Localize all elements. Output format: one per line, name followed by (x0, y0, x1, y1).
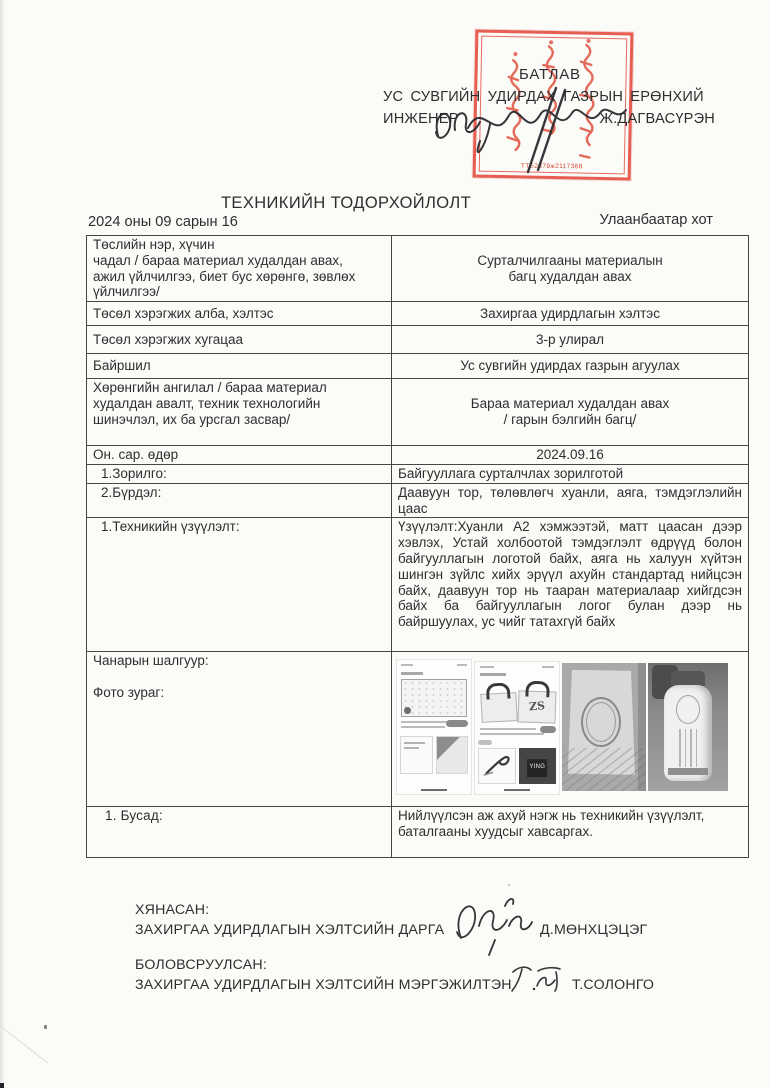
quality-criteria-label: Чанарын шалгуур: (93, 653, 385, 669)
screenshot-searchbar (401, 672, 423, 675)
date-label: Он. сар. өдөр (87, 446, 392, 465)
price-pill (478, 740, 492, 745)
related-listing-cards: YING (478, 748, 556, 784)
technical-specs-label: 1.Техникийн үзүүлэлт: (87, 518, 392, 652)
reviewed-name: Д.МӨНХЦЭЦЭГ (540, 922, 647, 938)
table-row-other: 1. Бусад: Нийлүүлсэн аж ахуй нэгж нь тех… (87, 807, 749, 858)
technical-specs-value: Үзүүлэлт:Хуанли А2 хэмжээтэй, матт цааса… (392, 518, 749, 652)
screenshot-statusbar (542, 666, 554, 668)
purpose-value: Байгууллага сурталчлах зорилготой (392, 464, 749, 483)
chief-engineer-signature-icon (428, 84, 642, 176)
prepared-label: БОЛОВСРУУЛСАН: (135, 957, 267, 973)
project-name-label: Төслийн нэр, хүчин чадал / бараа материа… (87, 236, 392, 302)
reviewer-signature-icon (447, 892, 535, 958)
prepared-name: Т.СОЛОНГО (572, 977, 654, 993)
table-row-composition: 2.Бүрдэл: Даавуун тор, төлөвлөгч хуанли,… (87, 483, 749, 518)
photo-marketplace-calendar-screenshot (396, 659, 472, 795)
screenshot-statusbar (480, 666, 494, 668)
reviewed-role: ЗАХИРГАА УДИРДЛАГЫН ХЭЛТСИЙН ДАРГА (135, 922, 444, 938)
tote-bag (480, 692, 517, 723)
listing-caption-line (401, 726, 445, 728)
screenshot-statusbar (401, 664, 413, 666)
date-value: 2024.09.16 (392, 446, 749, 465)
table-row-location: Байршил Ус сувгийн удирдах газрын агуула… (87, 354, 749, 379)
document-title: ТЕХНИКИЙН ТОДОРХОЙЛОЛТ (86, 194, 606, 213)
tote-bag: ZS (517, 691, 556, 724)
listing-caption-line (480, 728, 536, 730)
home-indicator (421, 789, 447, 791)
photo-label: Фото зураг: (93, 685, 385, 701)
photo-strip: ZS (392, 652, 748, 806)
bottle-body (664, 685, 712, 781)
bottle-oval-logo (676, 695, 700, 724)
document-date: 2024 оны 09 сарын 16 (88, 214, 238, 230)
scanned-document-page: ТТБ2379ж2117368 БАТЛАВ УС СУВГИЙН УДИРДА… (0, 0, 770, 1088)
table-row-period: Төсөл хэрэгжих хугацаа 3-р улирал (87, 326, 749, 354)
bag-oval-logo (581, 697, 621, 747)
composition-value: Даавуун тор, төлөвлөгч хуанли, аяга, тэм… (392, 483, 749, 518)
photo-thermos-bottle (648, 663, 728, 791)
table-row-date: Он. сар. өдөр 2024.09.16 (87, 446, 749, 465)
screenshot-statusbar (457, 664, 467, 666)
spec-table: Төслийн нэр, хүчин чадал / бараа материа… (86, 235, 749, 858)
home-indicator (504, 789, 530, 791)
photo-shadow (638, 663, 646, 791)
preparer-signature-icon (507, 962, 563, 996)
bottle-base-band (668, 768, 708, 775)
reviewed-label: ХЯНАСАН: (135, 902, 209, 918)
scan-speck (508, 884, 510, 886)
bag-handle (486, 683, 511, 700)
related-listing-cards (400, 736, 468, 774)
photo-marketplace-totebag-screenshot: ZS (474, 661, 560, 795)
bag-brand-label: YING (527, 759, 547, 777)
bag-handle (525, 681, 550, 698)
table-row-project-name: Төслийн нэр, хүчин чадал / бараа материа… (87, 236, 749, 302)
listing-caption-line (480, 733, 544, 735)
location-label: Байршил (87, 354, 392, 379)
quality-photo-label-cell: Чанарын шалгуур: Фото зураг: (87, 652, 392, 807)
asset-category-value: Бараа материал худалдан авах / гарын бэл… (392, 379, 749, 446)
asset-category-label: Хөрөнгийн ангилал / бараа материал худал… (87, 379, 392, 446)
table-row-quality-photo: Чанарын шалгуур: Фото зураг: (87, 652, 749, 807)
listing-card-strap (478, 748, 516, 784)
purpose-label: 1.Зорилго: (87, 464, 392, 483)
bottle-text-lines (679, 729, 697, 767)
bottle-cap (671, 671, 705, 686)
table-row-purpose: 1.Зорилго: Байгууллага сурталчлах зорилг… (87, 464, 749, 483)
period-label: Төсөл хэрэгжих хугацаа (87, 326, 392, 354)
calendar-logo-dot (404, 707, 411, 714)
document-city: Улаанбаатар хот (600, 212, 713, 228)
calendar-listing-image (401, 679, 467, 717)
photo-cell: ZS (392, 652, 749, 807)
table-row-asset-category: Хөрөнгийн ангилал / бараа материал худал… (87, 379, 749, 446)
corner-ink-mark (0, 1083, 4, 1088)
scan-speck (44, 1025, 47, 1029)
listing-card (400, 736, 433, 774)
crumpled-paper-texture (562, 748, 646, 792)
period-value: 3-р улирал (392, 326, 749, 354)
other-label: 1. Бусад: (87, 807, 392, 858)
bag-logo-mark: ZS (528, 699, 545, 716)
department-value: Захиргаа удирдлагын хэлтэс (392, 302, 749, 326)
location-value: Ус сувгийн удирдах газрын агуулах (392, 354, 749, 379)
tote-bags-image: ZS (478, 679, 556, 723)
table-row-department: Төсөл хэрэгжих алба, хэлтэс Захиргаа уди… (87, 302, 749, 326)
prepared-role: ЗАХИРГАА УДИРДЛАГЫН ХЭЛТСИЙН МЭРГЭЖИЛТЭН (135, 977, 512, 993)
approval-label: БАТЛАВ (519, 66, 581, 83)
listing-card-image (436, 736, 469, 774)
other-value: Нийлүүлсэн аж ахуй нэгж нь техникийн үзү… (392, 807, 749, 858)
strap-hook-icon (479, 749, 514, 781)
screenshot-searchbar (480, 673, 506, 676)
table-row-technical-specs: 1.Техникийн үзүүлэлт: Үзүүлэлт:Хуанли А2… (87, 518, 749, 652)
page-fold-line (0, 1026, 48, 1064)
scan-edge-shadow (0, 0, 5, 1088)
department-label: Төсөл хэрэгжих алба, хэлтэс (87, 302, 392, 326)
project-name-value: Сурталчилгааны материалын багц худалдан … (392, 236, 749, 302)
price-pill (540, 726, 556, 733)
price-pill (446, 720, 468, 727)
listing-card-dark-bag: YING (519, 748, 557, 784)
composition-label: 2.Бүрдэл: (87, 483, 392, 518)
photo-gift-paper-bag (562, 663, 646, 791)
